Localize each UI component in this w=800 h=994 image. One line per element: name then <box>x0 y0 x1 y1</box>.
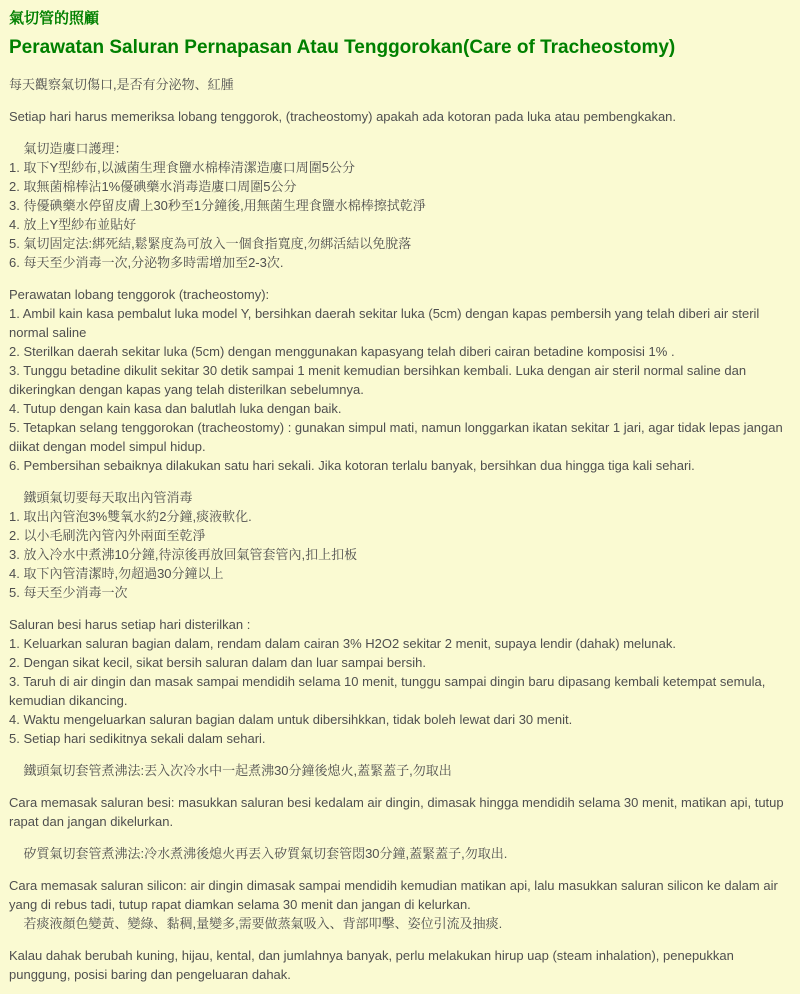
document-page: 氣切管的照顧 Perawatan Saluran Pernapasan Atau… <box>0 0 800 994</box>
text-line: 6. 每天至少消毒一次,分泌物多時需增加至2-3次. <box>9 253 791 272</box>
text-line: Kalau dahak berubah kuning, hijau, kenta… <box>9 946 791 984</box>
text-line: 矽質氣切套管煮沸法:冷水煮沸後熄火再丟入矽質氣切套管悶30分鐘,蓋緊蓋子,勿取出… <box>9 844 791 863</box>
text-line: 2. 以小毛刷洗內管內外兩面至乾淨 <box>9 526 791 545</box>
text-line: 3. 放入冷水中煮沸10分鐘,待涼後再放回氣管套管內,扣上扣板 <box>9 545 791 564</box>
text-line: Cara memasak saluran besi: masukkan salu… <box>9 793 791 831</box>
text-line: 鐵頭氣切要每天取出內管消毒 <box>9 488 791 507</box>
text-line: Setiap hari harus memeriksa lobang tengg… <box>9 107 791 126</box>
paragraph-block-inner-cannula-list-id: Saluran besi harus setiap hari disterilk… <box>9 615 791 748</box>
document-content: 每天觀察氣切傷口,是否有分泌物、紅腫Setiap hari harus meme… <box>9 75 791 984</box>
paragraph-block-metal-tube-boiling-id: Cara memasak saluran besi: masukkan salu… <box>9 793 791 831</box>
text-line: 1. 取出內管泡3%雙氧水約2分鐘,痰液軟化. <box>9 507 791 526</box>
text-line: 4. 取下內管清潔時,勿超過30分鐘以上 <box>9 564 791 583</box>
text-line: 4. Waktu mengeluarkan saluran bagian dal… <box>9 710 791 729</box>
text-line: 1. 取下Y型紗布,以滅菌生理食鹽水棉棒清潔造廔口周圍5公分 <box>9 158 791 177</box>
text-line: 5. Setiap hari sedikitnya sekali dalam s… <box>9 729 791 748</box>
text-line: 鐵頭氣切套管煮沸法:丟入次冷水中一起煮沸30分鐘後熄火,蓋緊蓋子,勿取出 <box>9 761 791 780</box>
text-line: Saluran besi harus setiap hari disterilk… <box>9 615 791 634</box>
text-line: 1. Ambil kain kasa pembalut luka model Y… <box>9 304 791 342</box>
text-line: Perawatan lobang tenggorok (tracheostomy… <box>9 285 791 304</box>
paragraph-block-metal-tube-boiling-zh: 鐵頭氣切套管煮沸法:丟入次冷水中一起煮沸30分鐘後熄火,蓋緊蓋子,勿取出 <box>9 761 791 780</box>
paragraph-block-stoma-care-list-zh: 氣切造廔口護理：1. 取下Y型紗布,以滅菌生理食鹽水棉棒清潔造廔口周圍5公分2.… <box>9 139 791 272</box>
text-line: 每天觀察氣切傷口,是否有分泌物、紅腫 <box>9 75 791 94</box>
paragraph-block-inner-cannula-list-zh: 鐵頭氣切要每天取出內管消毒1. 取出內管泡3%雙氧水約2分鐘,痰液軟化.2. 以… <box>9 488 791 602</box>
text-line: 2. Dengan sikat kecil, sikat bersih salu… <box>9 653 791 672</box>
text-line: 2. Sterilkan daerah sekitar luka (5cm) d… <box>9 342 791 361</box>
text-line: Cara memasak saluran silicon: air dingin… <box>9 876 791 914</box>
text-line: 若痰液顏色變黃、變綠、黏稠,量變多,需要做蒸氣吸入、背部叩擊、姿位引流及抽痰. <box>9 914 791 933</box>
paragraph-block-sputum-advice-id: Kalau dahak berubah kuning, hijau, kenta… <box>9 946 791 984</box>
text-line: 1. Keluarkan saluran bagian dalam, renda… <box>9 634 791 653</box>
text-line: 2. 取無菌棉棒沾1%優碘藥水消毒造廔口周圍5公分 <box>9 177 791 196</box>
text-line: 6. Pembersihan sebaiknya dilakukan satu … <box>9 456 791 475</box>
text-line: 3. Taruh di air dingin dan masak sampai … <box>9 672 791 710</box>
paragraph-block-daily-observation-zh: 每天觀察氣切傷口,是否有分泌物、紅腫 <box>9 75 791 94</box>
paragraph-block-daily-observation-id: Setiap hari harus memeriksa lobang tengg… <box>9 107 791 126</box>
page-title-chinese: 氣切管的照顧 <box>9 9 791 29</box>
text-line: 5. 每天至少消毒一次 <box>9 583 791 602</box>
text-line: 4. 放上Y型紗布並貼好 <box>9 215 791 234</box>
text-line: 5. Tetapkan selang tenggorokan (tracheos… <box>9 418 791 456</box>
text-line: 3. 待優碘藥水停留皮膚上30秒至1分鐘後,用無菌生理食鹽水棉棒擦拭乾淨 <box>9 196 791 215</box>
text-line: 氣切造廔口護理： <box>9 139 791 158</box>
paragraph-block-stoma-care-list-id: Perawatan lobang tenggorok (tracheostomy… <box>9 285 791 475</box>
text-line: 5. 氣切固定法:綁死結,鬆緊度為可放入一個食指寬度,勿綁活結以免脫落 <box>9 234 791 253</box>
paragraph-block-silicone-tube-boiling-id-and-sputum-zh: Cara memasak saluran silicon: air dingin… <box>9 876 791 933</box>
text-line: 3. Tunggu betadine dikulit sekitar 30 de… <box>9 361 791 399</box>
text-line: 4. Tutup dengan kain kasa dan balutlah l… <box>9 399 791 418</box>
paragraph-block-silicone-tube-boiling-zh: 矽質氣切套管煮沸法:冷水煮沸後熄火再丟入矽質氣切套管悶30分鐘,蓋緊蓋子,勿取出… <box>9 844 791 863</box>
page-title-indonesian: Perawatan Saluran Pernapasan Atau Tenggo… <box>9 36 791 60</box>
